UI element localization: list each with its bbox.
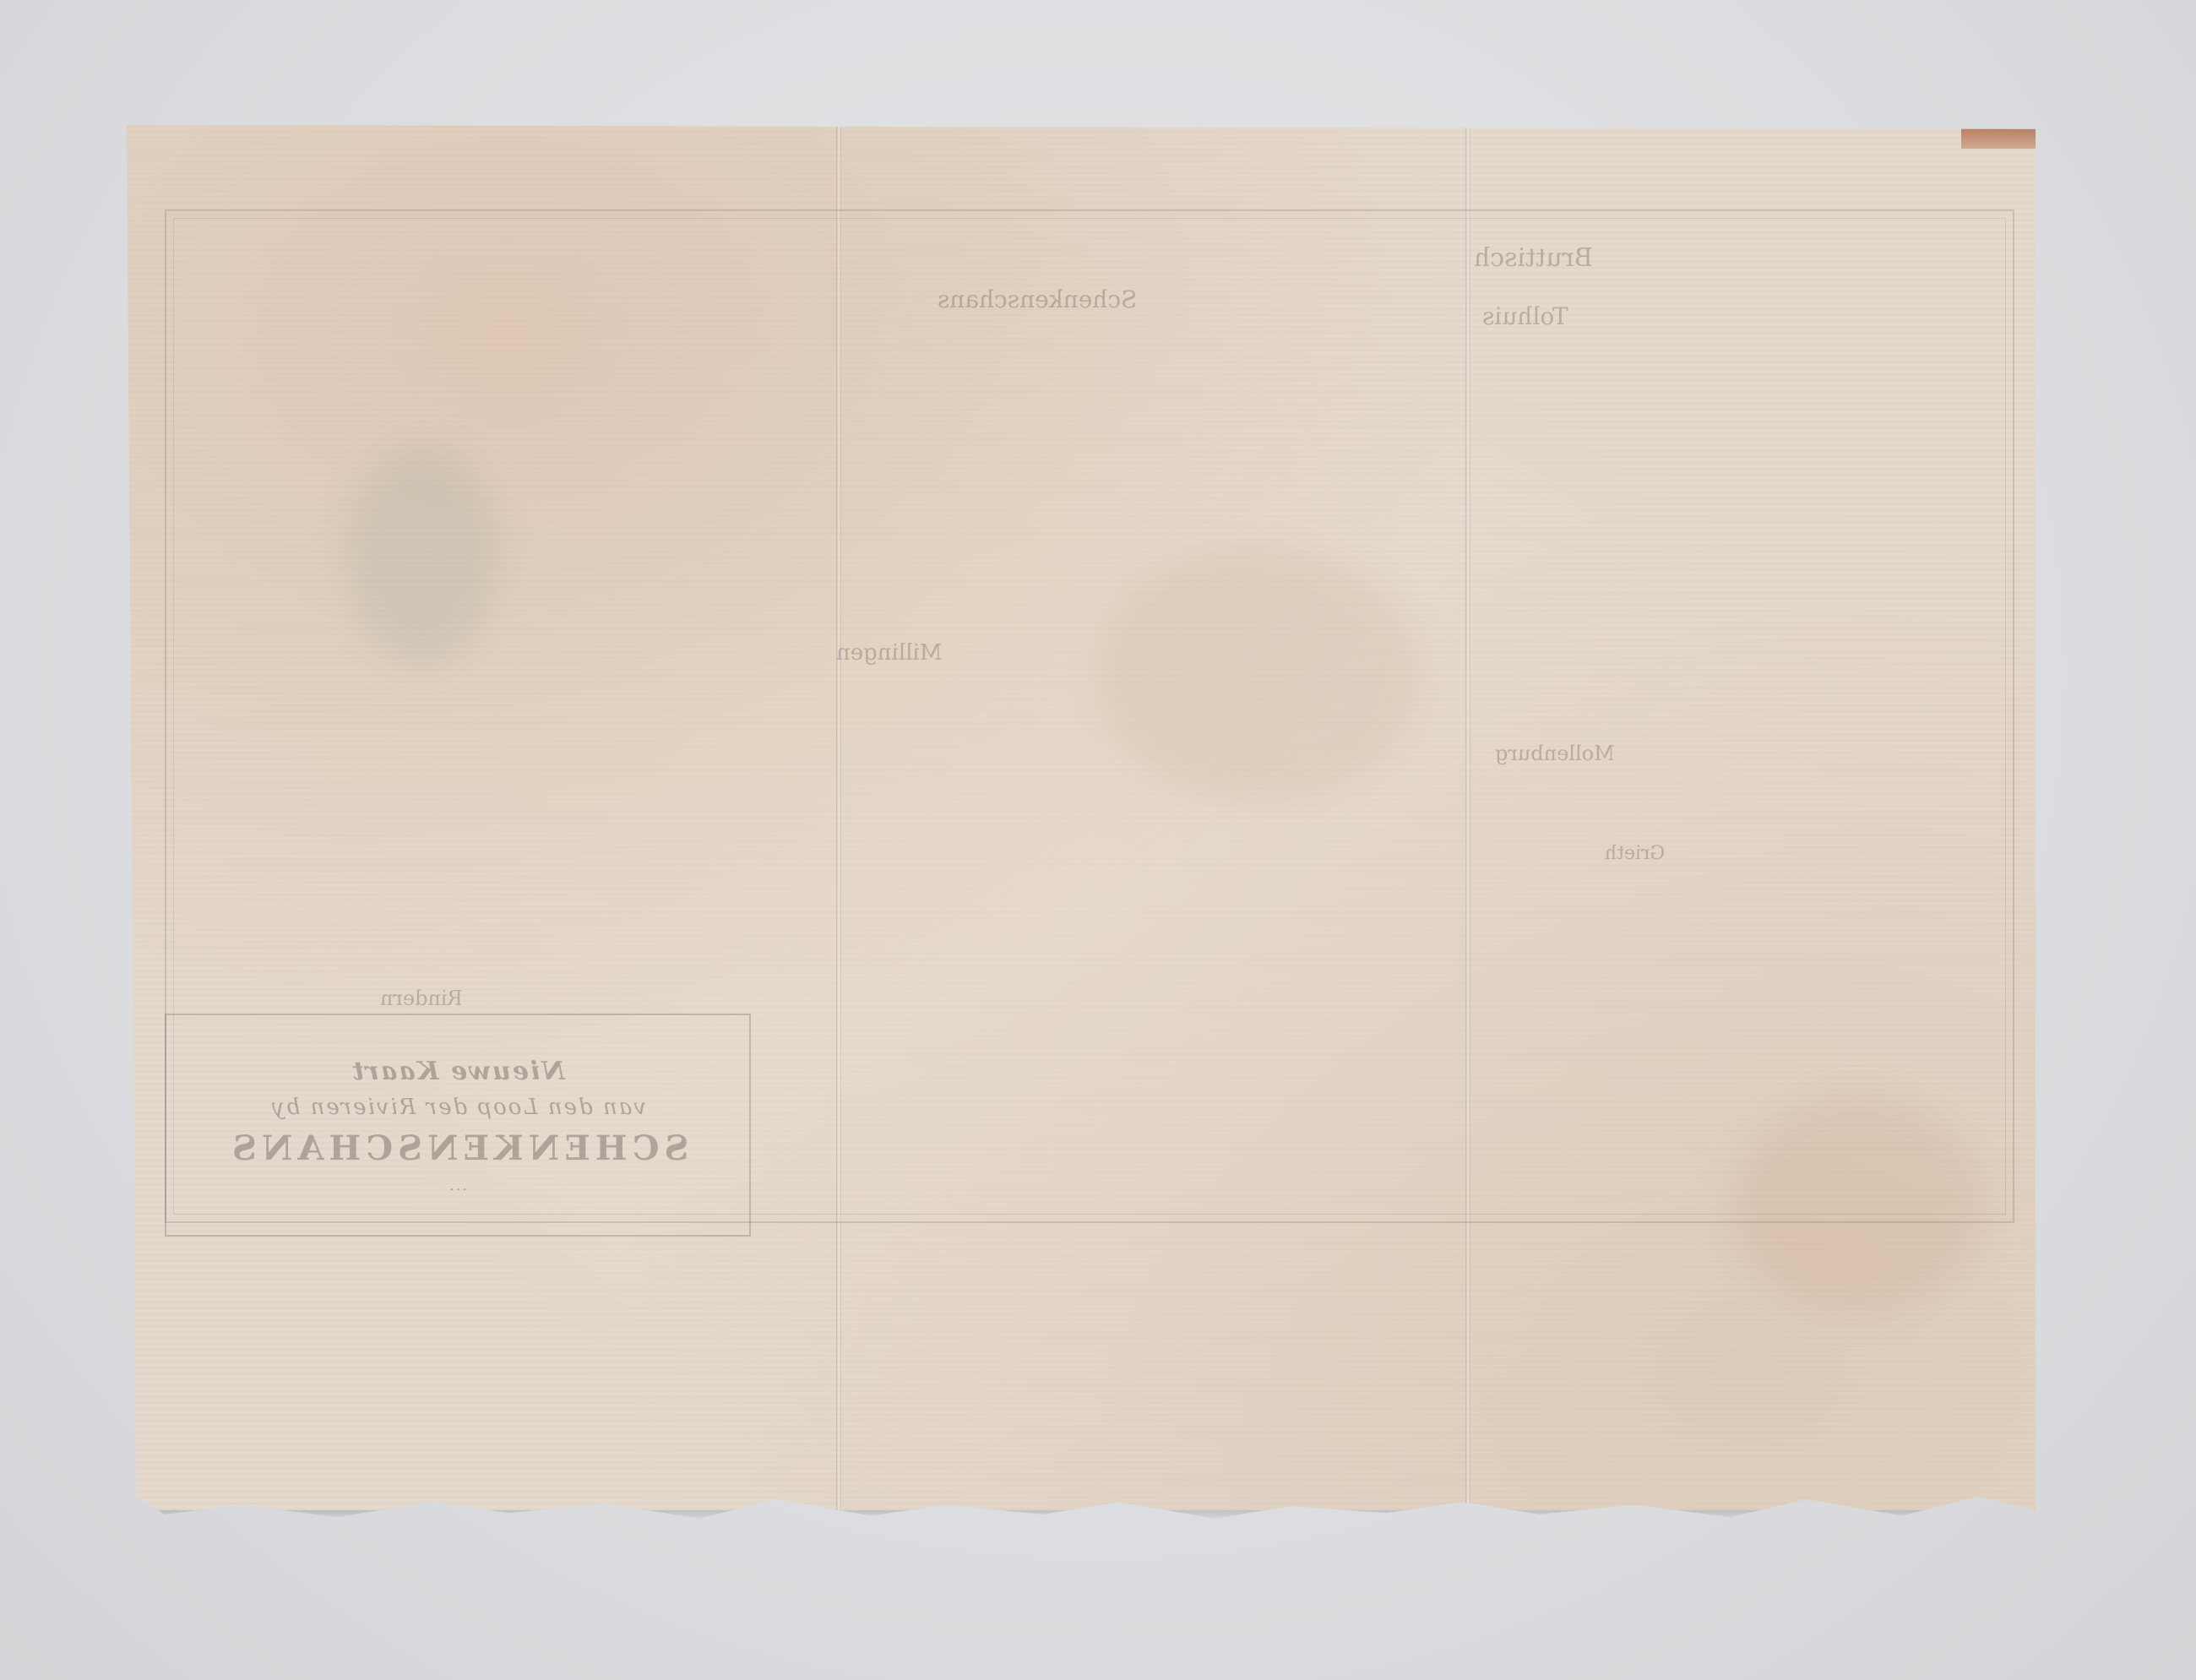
title-cartouche-show-through: Nieuwe Kaart van den Loop der Rivieren b… bbox=[165, 1014, 751, 1237]
show-through-label: Tolhuis bbox=[1482, 302, 1568, 330]
show-through-label: Grieth bbox=[1605, 843, 1665, 864]
cartouche-place-name: SCHENKENSCHANS bbox=[227, 1128, 688, 1168]
show-through-label: Bruttisch bbox=[1474, 243, 1593, 273]
cartouche-subtitle-line: van den Loop der Rivieren by bbox=[270, 1095, 646, 1120]
cartouche-title-line: Nieuwe Kaart bbox=[351, 1057, 565, 1086]
map-sheet-verso: Bruttisch Tolhuis Mollenburg Millingen R… bbox=[127, 125, 2036, 1510]
show-through-label: Millingen bbox=[836, 640, 942, 666]
cartouche-footer-line: ... bbox=[448, 1177, 467, 1194]
show-through-label: Schenkenschans bbox=[938, 285, 1137, 313]
show-through-label: Rindern bbox=[380, 987, 463, 1010]
show-through-label: Mollenburg bbox=[1495, 742, 1615, 765]
